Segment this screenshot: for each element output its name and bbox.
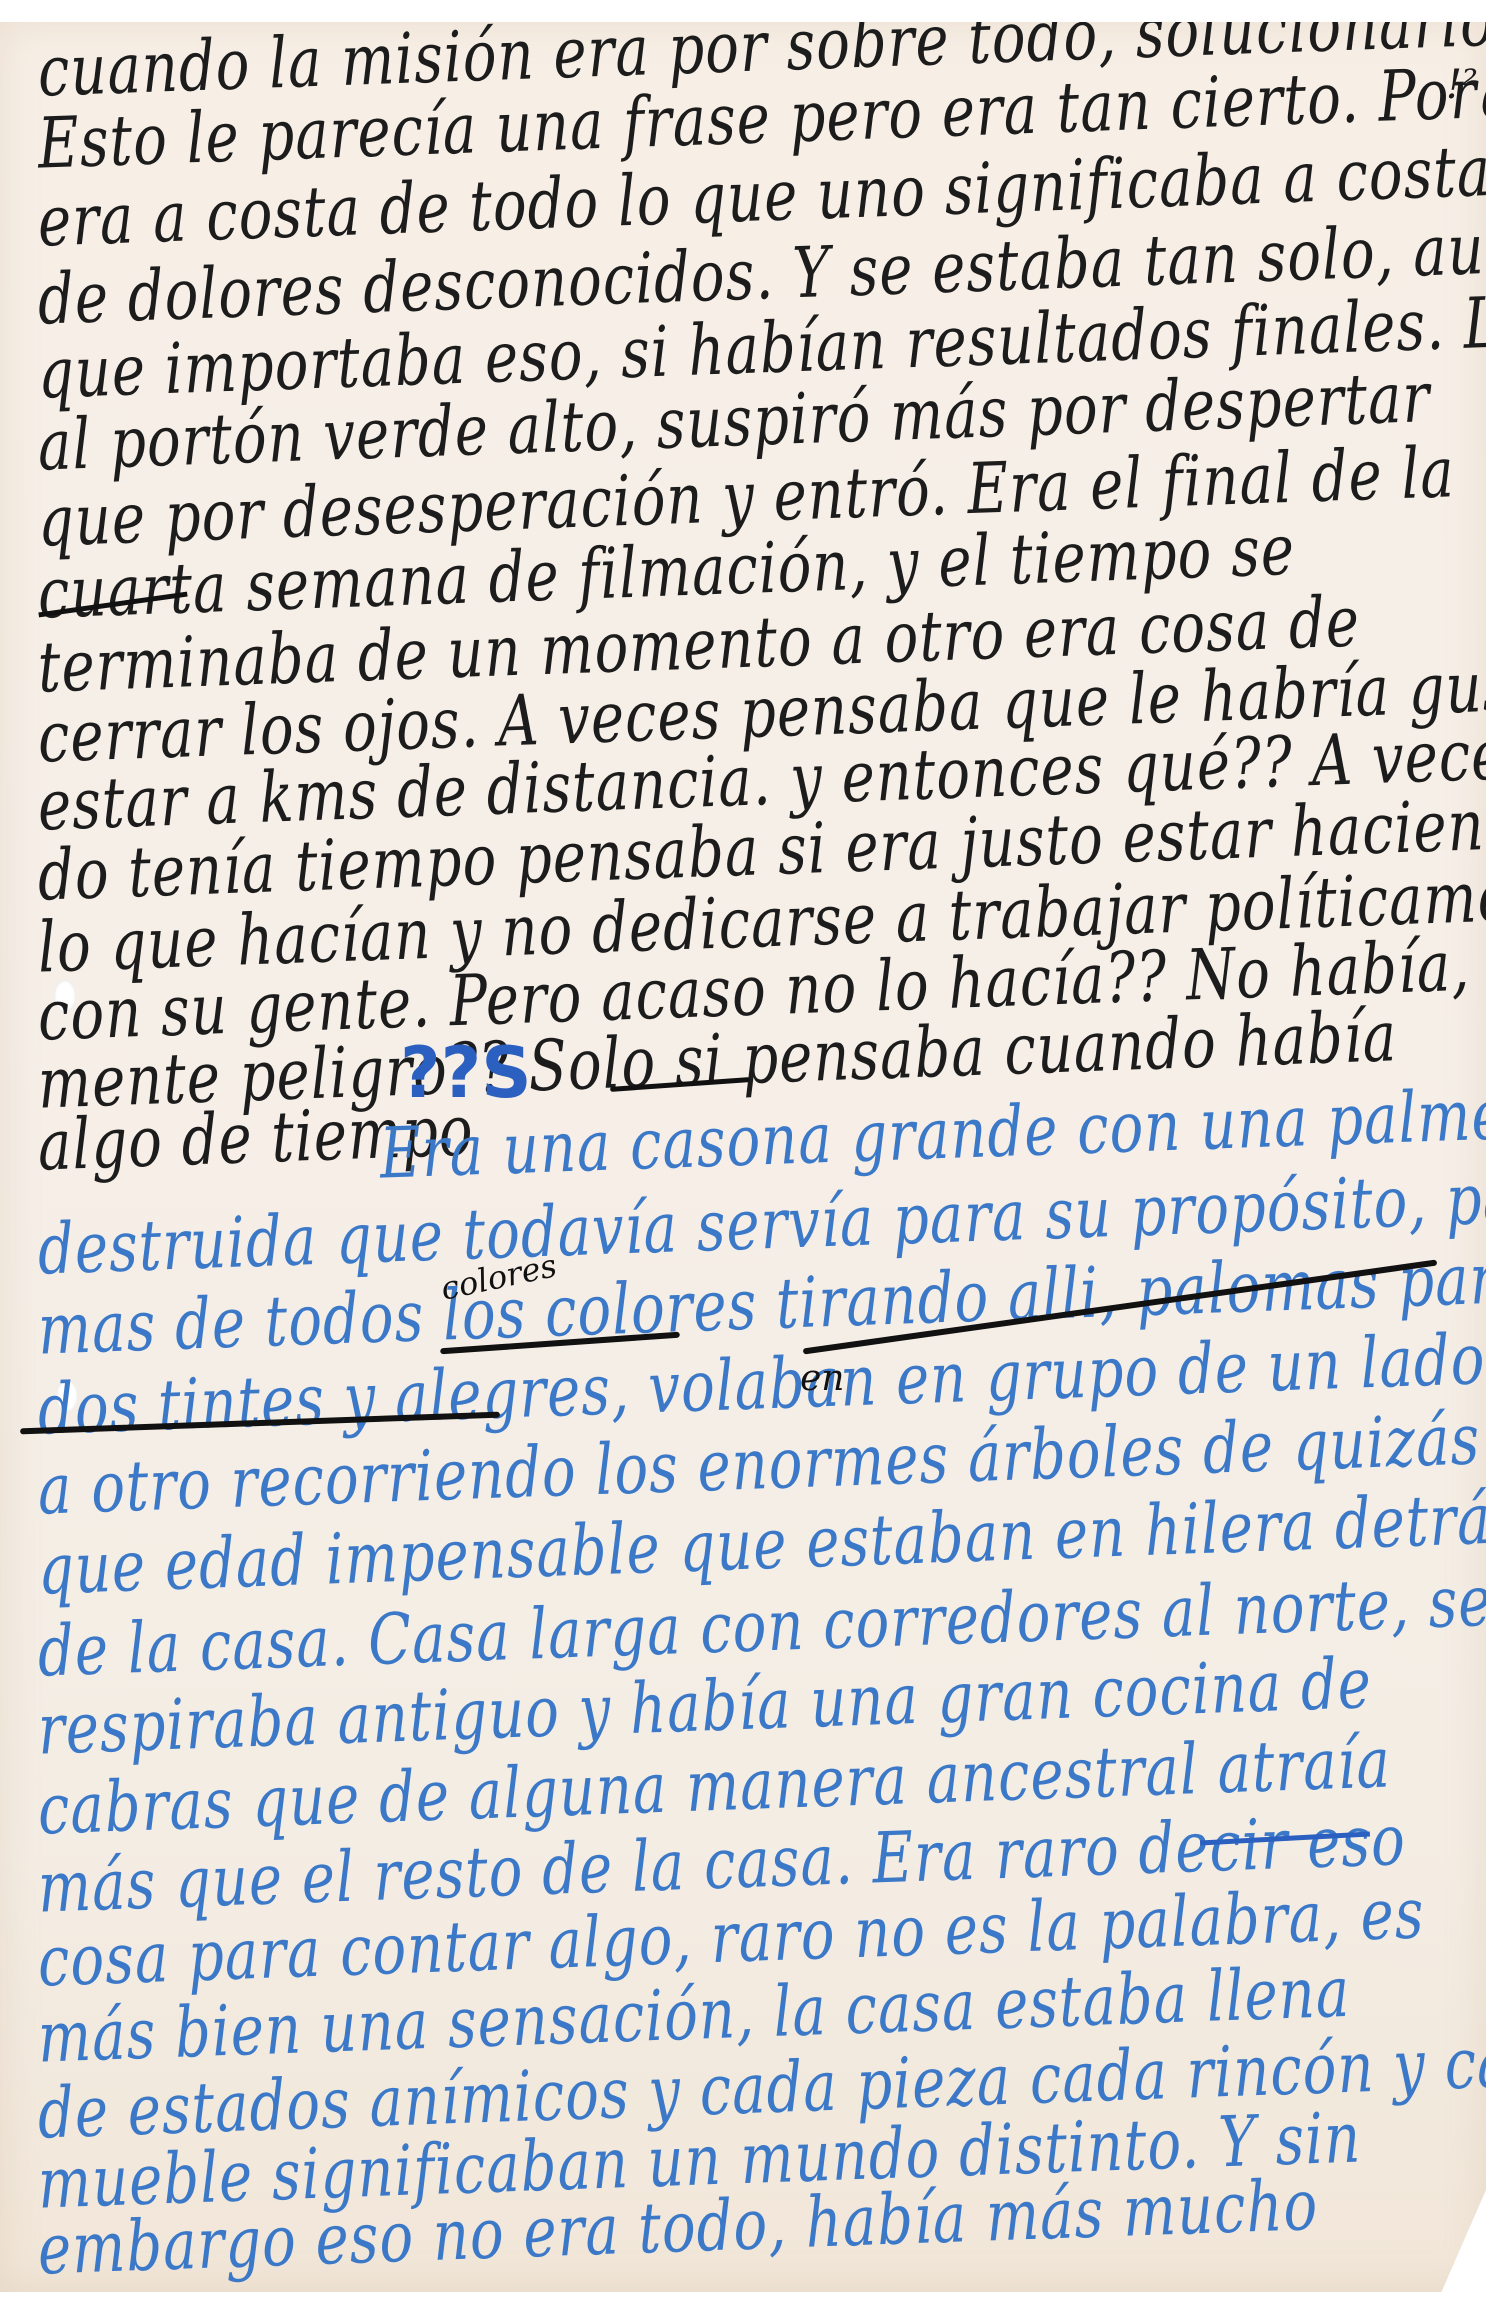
manuscript-page: !² cuando la misión era por sobre todo, … xyxy=(0,22,1486,2292)
blue-s-annotation: ??S xyxy=(400,1032,532,1114)
insertion-en: en xyxy=(800,1358,845,1399)
